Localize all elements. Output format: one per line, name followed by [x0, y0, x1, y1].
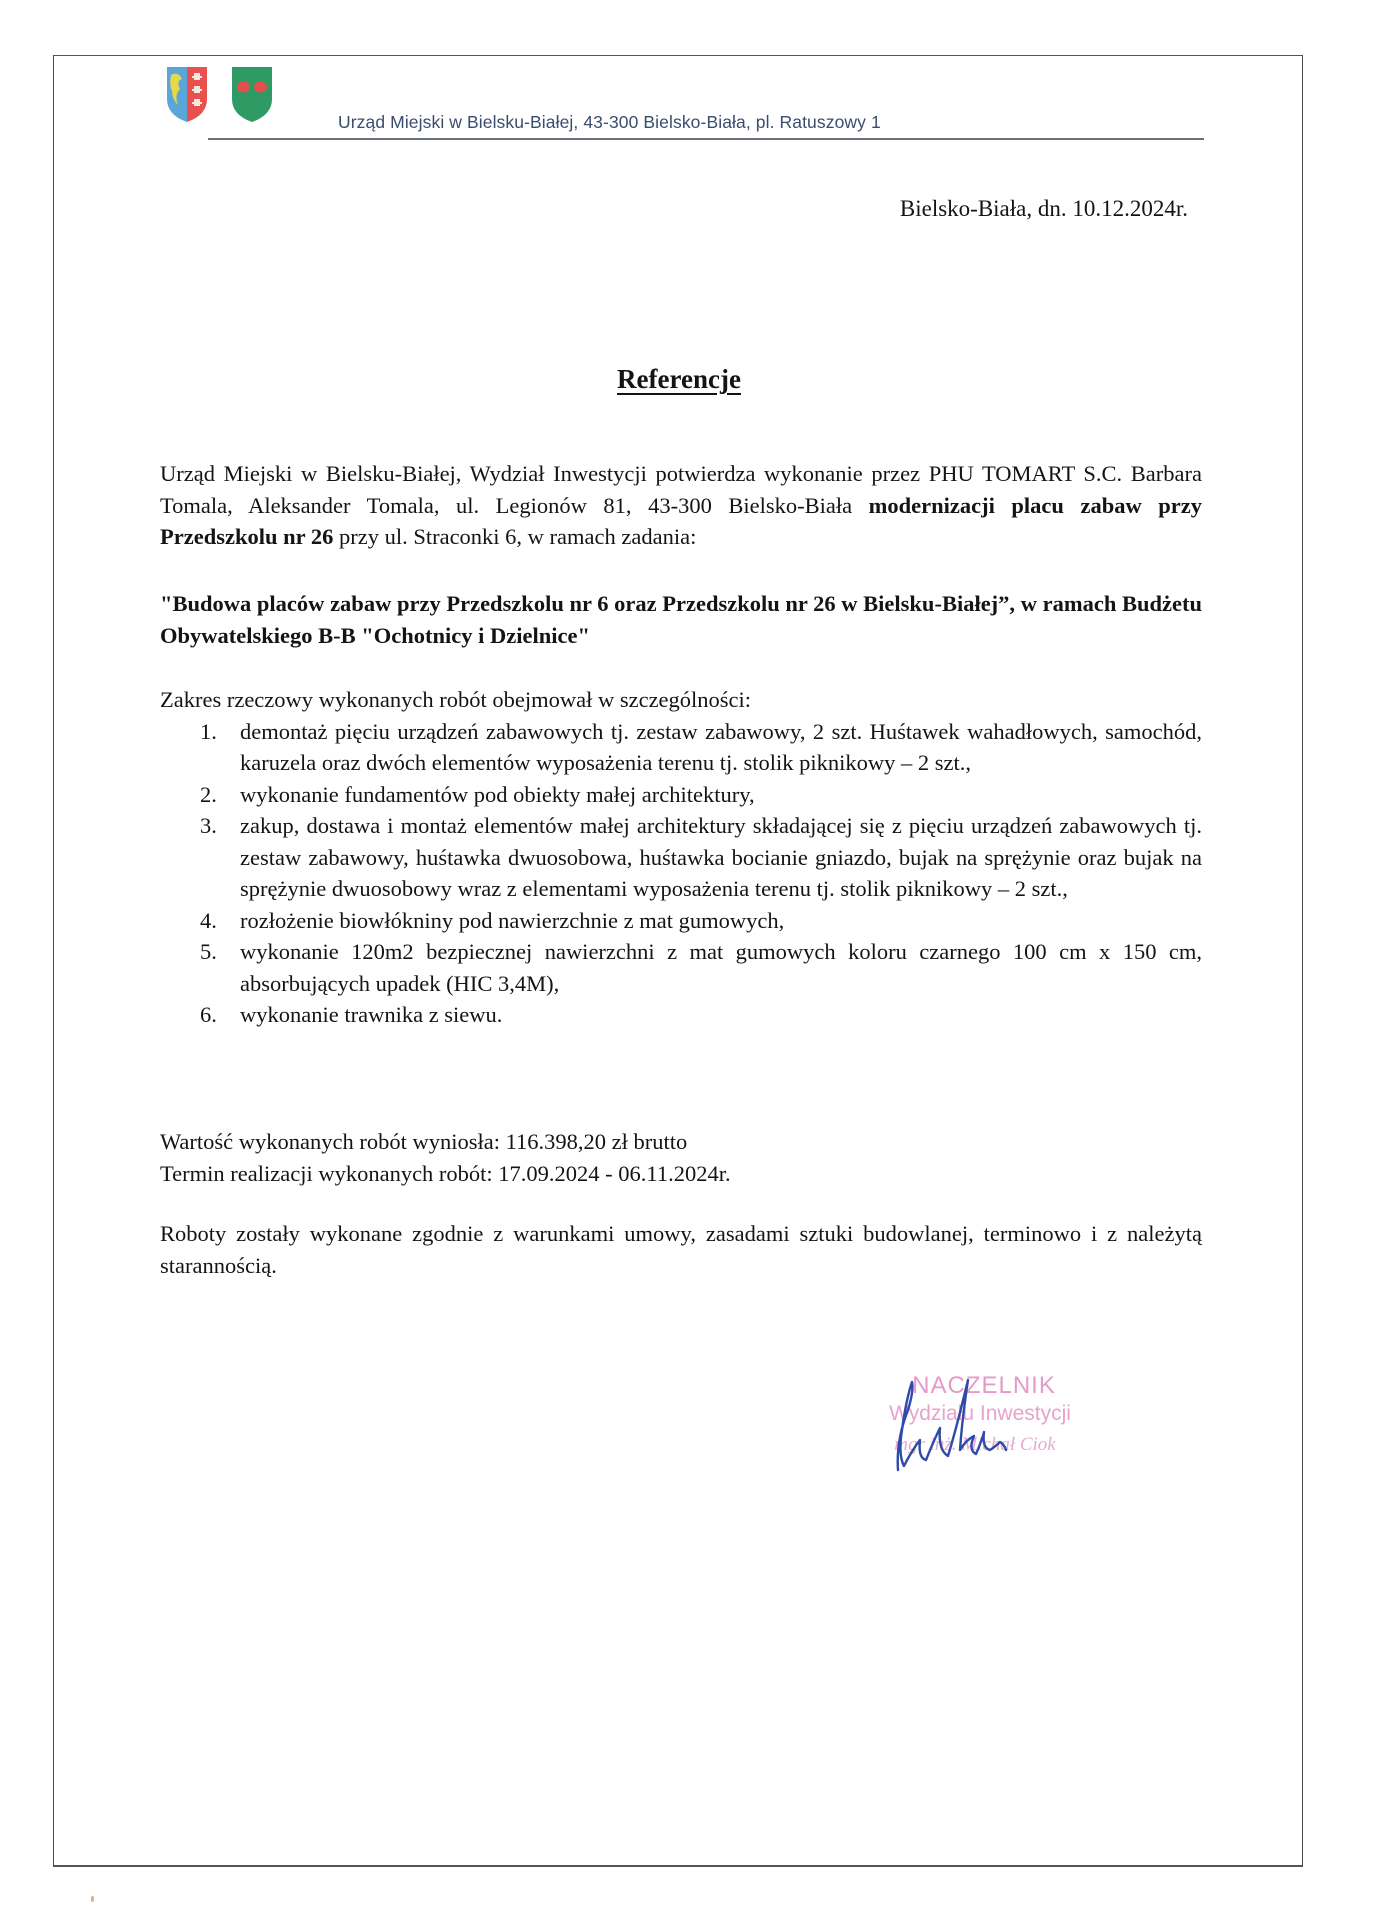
- scope-item: 6.wykonanie trawnika z siewu.: [160, 999, 1202, 1031]
- letterhead-address: Urząd Miejski w Bielsku-Białej, 43-300 B…: [338, 112, 881, 133]
- task-name: "Budowa placów zabaw przy Przedszkolu nr…: [160, 588, 1202, 651]
- letterhead-divider: [208, 138, 1204, 140]
- scope-list: 1.demontaż pięciu urządzeń zabawowych tj…: [160, 716, 1202, 1031]
- scope-heading: Zakres rzeczowy wykonanych robót obejmow…: [160, 684, 1202, 716]
- scope-section: Zakres rzeczowy wykonanych robót obejmow…: [160, 684, 1202, 1031]
- scope-item: 4.rozłożenie biowłókniny pod nawierzchni…: [160, 905, 1202, 937]
- term-line: Termin realizacji wykonanych robót: 17.0…: [160, 1158, 1202, 1190]
- district-crest-icon: [231, 65, 273, 123]
- scan-speck: [91, 1896, 94, 1902]
- closing-paragraph: Roboty zostały wykonane zgodnie z warunk…: [160, 1218, 1202, 1281]
- scope-item: 1.demontaż pięciu urządzeń zabawowych tj…: [160, 716, 1202, 779]
- scope-item: 5.wykonanie 120m2 bezpiecznej nawierzchn…: [160, 936, 1202, 999]
- scope-item: 2.wykonanie fundamentów pod obiekty małe…: [160, 779, 1202, 811]
- intro-text-end: przy ul. Straconki 6, w ramach zadania:: [333, 524, 696, 549]
- signature-icon: [868, 1370, 1028, 1480]
- city-crest-icon: [166, 65, 208, 123]
- summary-section: Wartość wykonanych robót wyniosła: 116.3…: [160, 1126, 1202, 1189]
- date-line: Bielsko-Biała, dn. 10.12.2024r.: [900, 196, 1188, 222]
- document-title: Referencje: [0, 364, 1358, 395]
- scope-item: 3.zakup, dostawa i montaż elementów małe…: [160, 810, 1202, 905]
- intro-paragraph: Urząd Miejski w Bielsku-Białej, Wydział …: [160, 458, 1202, 553]
- value-line: Wartość wykonanych robót wyniosła: 116.3…: [160, 1126, 1202, 1158]
